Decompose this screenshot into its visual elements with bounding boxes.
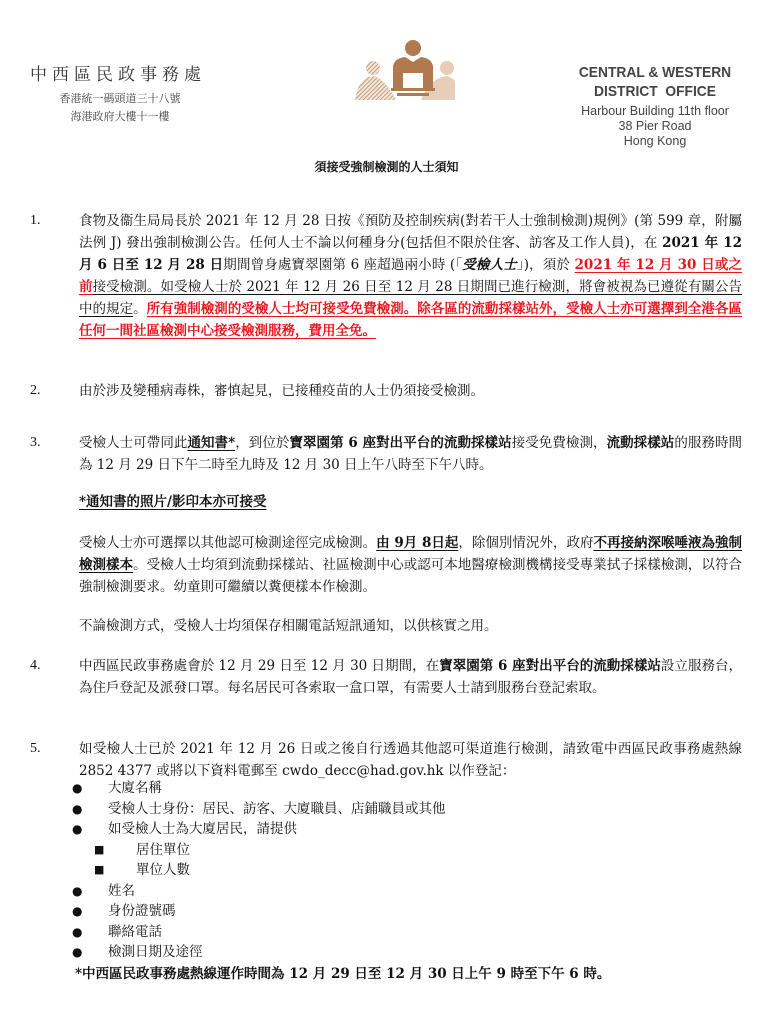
square-bullet-icon: ■ <box>94 840 136 861</box>
list-item-label: 檢測日期及途徑 <box>108 942 203 963</box>
text-run: 受檢人士 <box>462 257 517 273</box>
office-name-line: CENTRAL & WESTERN <box>554 63 756 82</box>
text-run: 寶翠園第 6 座對出平台的流動採樣站 <box>439 658 661 674</box>
office-address-english: Harbour Building 11th floor 38 Pier Road… <box>545 104 765 149</box>
text-run: 受檢人士可帶同此 <box>79 435 187 451</box>
text-run: ，到位於 <box>235 435 289 451</box>
square-bullet-icon: ■ <box>94 860 136 881</box>
paragraph-3: 3. 受檢人士可帶同此通知書*，到位於寶翠園第 6 座對出平台的流動採樣站接受免… <box>30 432 742 476</box>
paragraph-text: 如受檢人士已於 2021 年 12 月 26 日或之後自行透過其他認可渠道進行檢… <box>79 738 742 782</box>
office-name-line: DISTRICT OFFICE <box>554 82 756 101</box>
list-item: ●姓名 <box>72 881 752 902</box>
text-run: 。 <box>133 301 147 317</box>
address-line: 香港統一碼頭道三十八號 <box>40 90 200 108</box>
round-bullet-icon: ● <box>72 778 108 799</box>
list-item-label: 受檢人士身份：居民、訪客、大廈職員、店鋪職員或其他 <box>108 799 446 820</box>
text-run: 由於涉及變種病毒株，審慎起見，已接種疫苗的人士仍須接受檢測。 <box>79 383 484 399</box>
list-item-label: 身份證號碼 <box>108 901 176 922</box>
text-run: 通知書* <box>187 435 235 451</box>
list-item: ■居住單位 <box>72 840 752 861</box>
notice-copy-note: *通知書的照片/影印本亦可接受 <box>79 491 742 513</box>
round-bullet-icon: ● <box>72 799 108 820</box>
paragraph-number: 3. <box>30 432 60 454</box>
paragraph-number: 5. <box>30 738 60 760</box>
office-name-chinese: 中西區民政事務處 <box>30 60 230 85</box>
list-item-label: 姓名 <box>108 881 135 902</box>
district-office-logo <box>325 40 455 100</box>
paragraph-number: 4. <box>30 655 60 677</box>
paragraph-number: 1. <box>30 210 60 232</box>
address-line: Harbour Building 11th floor <box>545 104 765 119</box>
list-item: ●大廈名稱 <box>72 778 752 799</box>
text-run: 食物及衞生局局長於 2021 年 12 月 28 日按《預防及控制疾病(對若干人… <box>79 213 742 251</box>
text-run: 」)，須於 <box>517 257 575 273</box>
address-line: 海港政府大樓十一樓 <box>40 108 200 126</box>
other-testing-means-note: 受檢人士亦可選擇以其他認可檢測途徑完成檢測。由 9月 8日起，除個別情況外，政府… <box>79 532 742 598</box>
registration-items-list: ●大廈名稱●受檢人士身份：居民、訪客、大廈職員、店鋪職員或其他●如受檢人士為大廈… <box>72 778 752 963</box>
document-title: 須接受強制檢測的人士須知 <box>0 158 773 175</box>
paragraph-4: 4. 中西區民政事務處會於 12 月 29 日至 12 月 30 日期間，在寶翠… <box>30 655 742 699</box>
list-item: ●聯絡電話 <box>72 922 752 943</box>
address-line: 38 Pier Road <box>545 119 765 134</box>
list-item: ●檢測日期及途徑 <box>72 942 752 963</box>
text-run: ，除個別情況外，政府 <box>458 535 593 551</box>
text-run: 期間曾身處寶翠園第 6 座超過兩小時 (「 <box>223 257 462 273</box>
text-run: 如受檢人士已於 2021 年 12 月 26 日或之後自行透過其他認可渠道進行檢… <box>79 741 742 779</box>
address-line: Hong Kong <box>545 134 765 149</box>
text-run: 接受免費檢測， <box>512 435 607 451</box>
list-item-label: 居住單位 <box>136 840 190 861</box>
text-run: 所有強制檢測的受檢人士均可接受免費檢測。除各區的流動採樣站外，受檢人士亦可選擇到… <box>79 301 742 339</box>
hotline-hours-note: *中西區民政事務處熱線運作時間為 12 月 29 日至 12 月 30 日上午 … <box>75 964 755 984</box>
list-item-label: 大廈名稱 <box>108 778 162 799</box>
list-item: ●身份證號碼 <box>72 901 752 922</box>
text-run: 中西區民政事務處會於 12 月 29 日至 12 月 30 日期間，在 <box>79 658 439 674</box>
paragraph-number: 2. <box>30 380 60 402</box>
list-item-label: 如受檢人士為大廈居民，請提供 <box>108 819 297 840</box>
paragraph-2: 2. 由於涉及變種病毒株，審慎起見，已接種疫苗的人士仍須接受檢測。 <box>30 380 742 402</box>
paragraph-5: 5. 如受檢人士已於 2021 年 12 月 26 日或之後自行透過其他認可渠道… <box>30 738 742 782</box>
paragraph-1: 1. 食物及衞生局局長於 2021 年 12 月 28 日按《預防及控制疾病(對… <box>30 210 742 342</box>
keep-sms-note: 不論檢測方式，受檢人士均須保存相關電話短訊通知，以供核實之用。 <box>79 615 742 637</box>
list-item-label: 聯絡電話 <box>108 922 162 943</box>
paragraph-text: 食物及衞生局局長於 2021 年 12 月 28 日按《預防及控制疾病(對若干人… <box>79 210 742 342</box>
list-item-label: 單位人數 <box>136 860 190 881</box>
round-bullet-icon: ● <box>72 901 108 922</box>
text-run: 由 9月 8日起 <box>376 535 458 551</box>
paragraph-text: 由於涉及變種病毒株，審慎起見，已接種疫苗的人士仍須接受檢測。 <box>79 380 742 402</box>
text-run: 寶翠園第 6 座對出平台的流動採樣站 <box>289 435 511 451</box>
list-item: ●如受檢人士為大廈居民，請提供 <box>72 819 752 840</box>
office-address-chinese: 香港統一碼頭道三十八號 海港政府大樓十一樓 <box>40 90 200 126</box>
paragraph-text: 受檢人士可帶同此通知書*，到位於寶翠園第 6 座對出平台的流動採樣站接受免費檢測… <box>79 432 742 476</box>
paragraph-text: 中西區民政事務處會於 12 月 29 日至 12 月 30 日期間，在寶翠園第 … <box>79 655 742 699</box>
office-name-english: CENTRAL & WESTERN DISTRICT OFFICE <box>554 63 756 101</box>
text-run: 。受檢人士均須到流動採樣站、社區檢測中心或認可本地醫療檢測機構接受專業拭子採樣檢… <box>79 557 742 595</box>
list-item: ●受檢人士身份：居民、訪客、大廈職員、店鋪職員或其他 <box>72 799 752 820</box>
list-item: ■單位人數 <box>72 860 752 881</box>
round-bullet-icon: ● <box>72 922 108 943</box>
round-bullet-icon: ● <box>72 819 108 840</box>
text-run: 受檢人士亦可選擇以其他認可檢測途徑完成檢測。 <box>79 535 376 551</box>
round-bullet-icon: ● <box>72 942 108 963</box>
text-run: 流動採樣站 <box>607 435 675 451</box>
round-bullet-icon: ● <box>72 881 108 902</box>
